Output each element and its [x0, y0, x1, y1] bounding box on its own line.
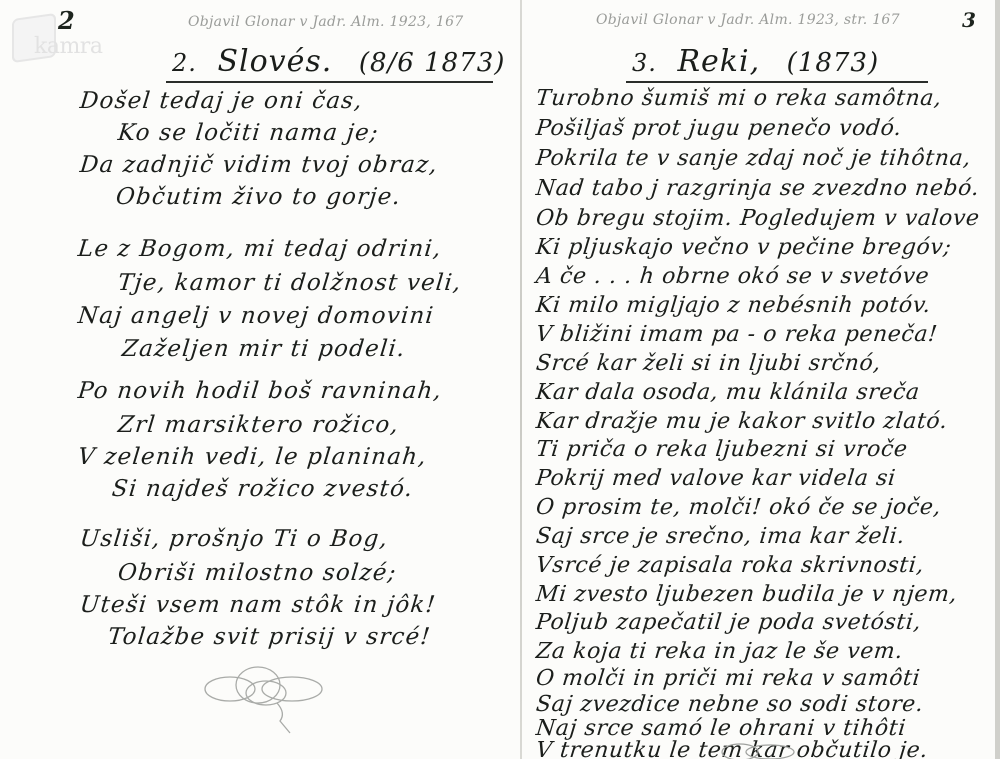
poem-title: 3. Reki, (1873) [626, 44, 928, 83]
manuscript-scan: kamra 2 Objavil Glonar v Jadr. Alm. 1923… [0, 0, 1000, 759]
poem-line: Obriši milostno solzé; [117, 560, 398, 586]
poem-line: Usliši, prošnjo Ti o Bog, [79, 526, 390, 552]
poem-number: 3. [632, 49, 657, 77]
end-flourish-icon [200, 655, 340, 745]
poem-line: Pošiljaš prot jugu penečo vodó. [535, 116, 903, 141]
poem-line: Za koja ti reka in jaz le še vem. [535, 639, 905, 664]
poem-line: Srcé kar želi si in ljubi srčnó, [535, 351, 883, 376]
poem-line: Tje, kamor ti dolžnost veli, [117, 270, 463, 296]
page-number: 3 [962, 8, 976, 32]
poem-line: Si najdeš rožico zvestó. [111, 476, 415, 502]
poem-line: Kar dražje mu je kakor svitlo zlató. [535, 409, 949, 434]
poem-line: Ti priča o reka ljubezni si vroče [535, 437, 909, 462]
poem-name: Reki, [677, 44, 760, 79]
poem-line: Došel tedaj je oni čas, [79, 88, 365, 114]
poem-line: Saj srce je srečno, ima kar želi. [535, 524, 907, 549]
poem-line: Turobno šumiš mi o reka samôtna, [535, 86, 943, 111]
poem-line: V zelenih vedi, le planinah, [77, 444, 428, 470]
poem-line: Mi zvesto ljubezen budila je v njem, [535, 582, 959, 607]
watermark-text: kamra [34, 34, 102, 59]
poem-line: Naj angelj v novej domovini [77, 303, 436, 329]
pencil-annotation: Objavil Glonar v Jadr. Alm. 1923, str. 1… [596, 12, 900, 28]
poem-line: Nad tabo j razgrinja se zvezdno nebó. [535, 176, 981, 201]
poem-line: Ko se ločiti nama je; [117, 120, 381, 146]
poem-line: Pokrila te v sanje zdaj noč je tihôtna, [535, 146, 972, 171]
poem-line: Zaželjen mir ti podeli. [121, 336, 407, 362]
page-number: 2 [58, 6, 75, 35]
poem-date: (1873) [787, 48, 879, 78]
poem-line: Pokrij med valove kar videla si [535, 466, 897, 491]
poem-name: Slovés. [217, 44, 332, 79]
pencil-annotation: Objavil Glonar v Jadr. Alm. 1923, 167 [188, 14, 464, 30]
poem-date: (8/6 1873) [359, 48, 506, 78]
poem-line: Ki pljuskajo večno v pečine bregóv; [535, 235, 953, 260]
poem-line: Po novih hodil boš ravninah, [77, 378, 444, 404]
poem-title: 2. Slovés. (8/6 1873) [166, 44, 493, 83]
poem-line: Le z Bogom, mi tedaj odrini, [77, 236, 443, 262]
poem-line: Uteši vsem nam stôk in jôk! [79, 592, 438, 618]
page-fold-divider [520, 0, 522, 759]
poem-line: Vsrcé je zapisala roka skrivnosti, [535, 553, 926, 578]
poem-line: Zrl marsiktero rožico, [117, 412, 401, 438]
poem-number: 2. [172, 49, 197, 77]
poem-line: Poljub zapečatil je poda svetósti, [535, 610, 923, 635]
poem-line: Občutim živo to gorje. [115, 184, 403, 210]
poem-line: Da zadnjič vidim tvoj obraz, [79, 152, 440, 178]
poem-line: O prosim te, molči! okó če se joče, [535, 495, 943, 520]
poem-line: Saj zvezdice nebne so sodi store. [535, 692, 925, 717]
poem-line: V bližini imam pa - o reka peneča! [535, 322, 939, 347]
end-flourish-icon [700, 740, 810, 759]
poem-line: Ob bregu stojim. Pogledujem v valove [535, 206, 981, 231]
poem-line: Ki milo migljajo z nebésnih potóv. [535, 293, 932, 318]
poem-line: Kar dala osoda, mu klánila sreča [535, 380, 921, 405]
page-edge [995, 0, 1000, 759]
poem-line: Tolažbe svit prisij v srcé! [107, 624, 433, 650]
poem-line: A če . . . h obrne okó se v svetóve [535, 264, 931, 289]
poem-line: O molči in priči mi reka v samôti [535, 666, 922, 691]
